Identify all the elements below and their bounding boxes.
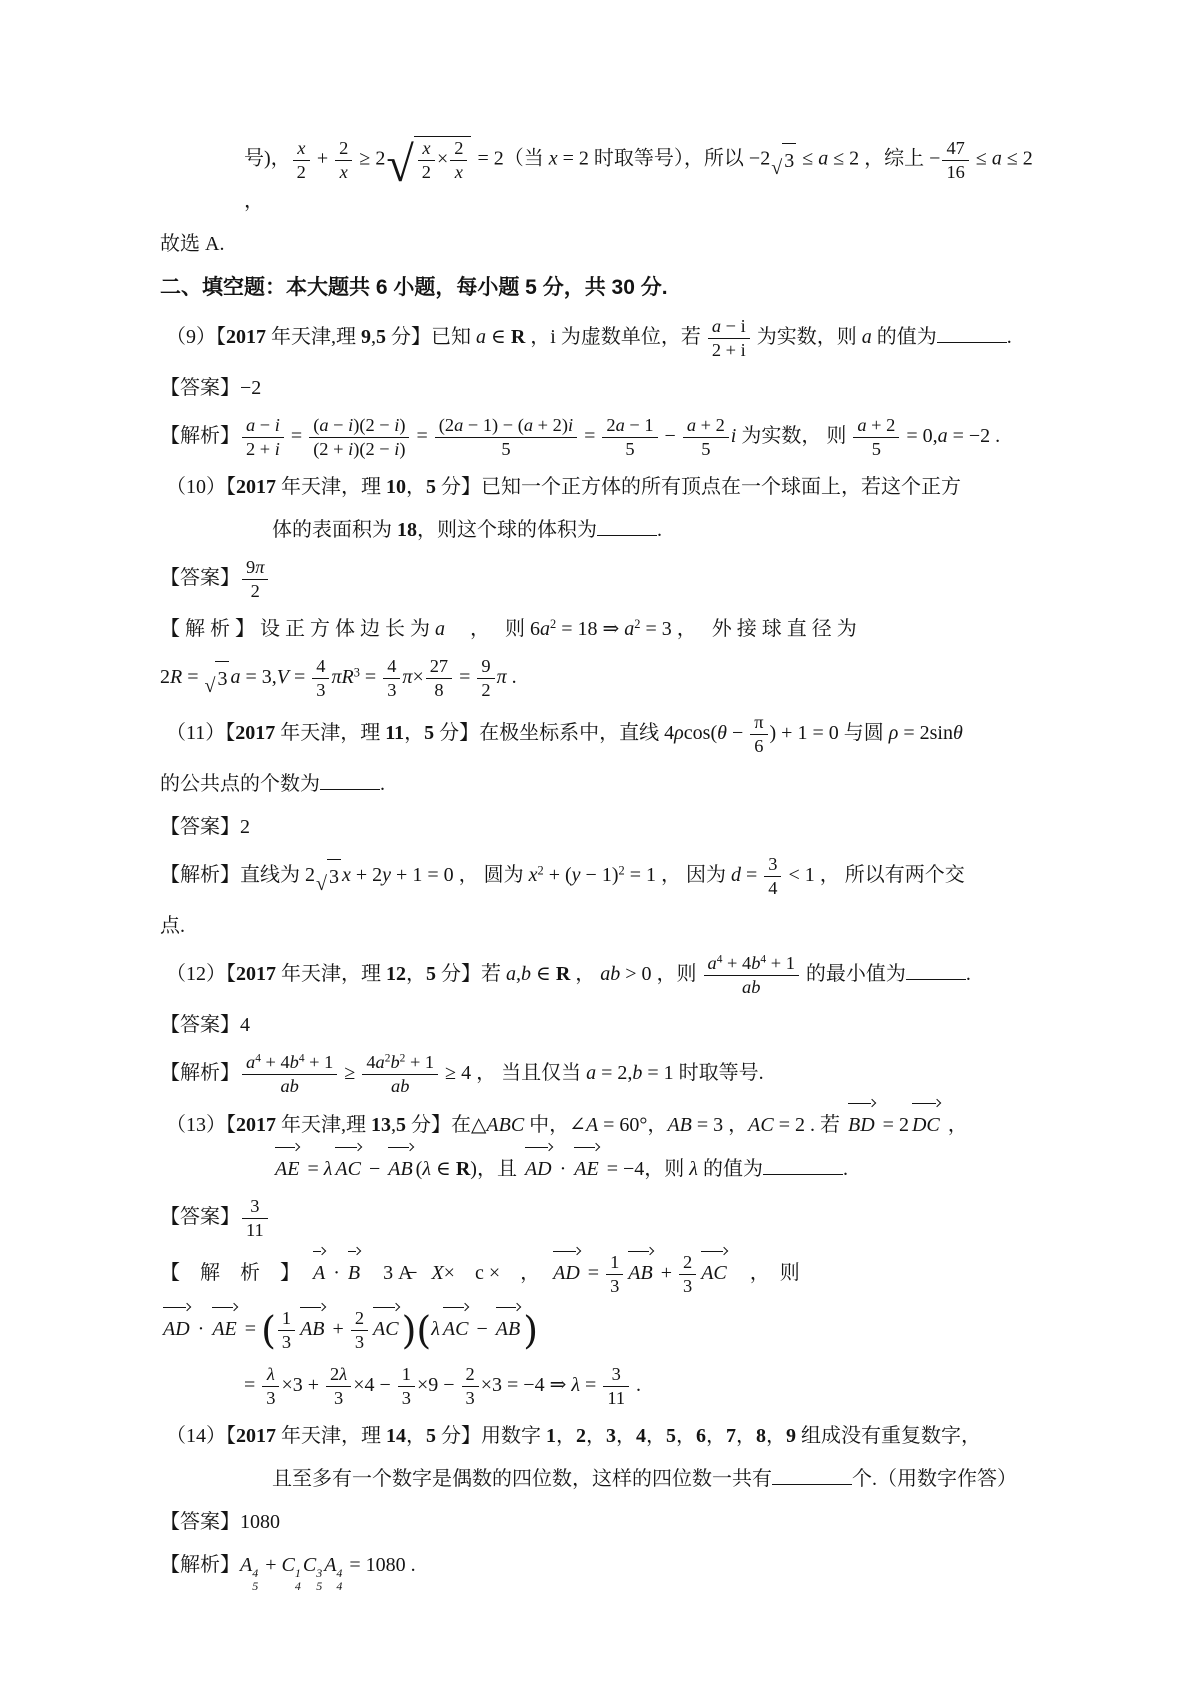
vector: AB bbox=[496, 1311, 520, 1346]
superscript: 2 bbox=[634, 617, 640, 631]
fraction: 43 bbox=[383, 655, 400, 702]
superscript: 4 bbox=[255, 1052, 261, 1064]
fraction: (a − i)(2 − i)(2 + i)(2 − i) bbox=[309, 414, 409, 461]
paragraph-line: （12）【2017 年天津，理 12，5 分】若 a,b ∈ R ， ab > … bbox=[166, 952, 1044, 999]
math-italic: λ bbox=[267, 1364, 275, 1384]
vector: AB bbox=[628, 1255, 652, 1290]
bold-text: 9 bbox=[361, 326, 371, 348]
bold-text: 2017 bbox=[236, 1425, 276, 1447]
vector: AC bbox=[335, 1151, 361, 1186]
bold-text: 5 bbox=[666, 1425, 676, 1447]
fraction: λ3 bbox=[262, 1363, 279, 1410]
math-italic: ρ bbox=[889, 722, 899, 744]
math-italic: d bbox=[731, 864, 741, 886]
math-italic: π bbox=[402, 666, 412, 688]
fraction: a + 25 bbox=[683, 414, 729, 461]
fraction: 13 bbox=[398, 1363, 415, 1410]
math-italic: R bbox=[170, 666, 182, 688]
math-italic: a bbox=[586, 1062, 596, 1084]
math-italic: ab bbox=[391, 1076, 409, 1096]
paragraph-line: （10）【2017 年天津，理 10，5 分】已知一个正方体的所有顶点在一个球面… bbox=[166, 470, 1044, 504]
fraction: 311 bbox=[242, 1195, 268, 1242]
vector: A bbox=[313, 1255, 325, 1290]
sub-sup: 44 bbox=[336, 1567, 342, 1595]
fraction: π6 bbox=[750, 711, 767, 758]
math-italic: x bbox=[422, 138, 430, 158]
vector: AC bbox=[443, 1311, 469, 1346]
paragraph-line: 【答案】9π2 bbox=[160, 556, 1044, 603]
math-italic: λ bbox=[431, 1318, 440, 1340]
paragraph-line: 【答案】311 bbox=[160, 1195, 1044, 1242]
math-italic: θ bbox=[953, 722, 963, 744]
math-italic: i bbox=[394, 415, 399, 435]
math-italic: λ bbox=[689, 1158, 698, 1180]
math-italic: y bbox=[382, 864, 391, 886]
bold-text: 11 bbox=[385, 722, 404, 744]
fraction: x2 bbox=[418, 137, 435, 184]
math-italic: π bbox=[255, 557, 264, 577]
vector: AB bbox=[388, 1151, 412, 1186]
math-italic: ab bbox=[280, 1076, 298, 1096]
superscript: 4 bbox=[760, 953, 766, 965]
paragraph-line: AE = λAC − AB(λ ∈ R)，且 AD · AE = −4，则 λ … bbox=[272, 1151, 1044, 1186]
math-italic: R bbox=[342, 666, 354, 688]
fraction: 4a2b2 + 1ab bbox=[362, 1051, 438, 1098]
paragraph-line: 【解析】a4 + 4b4 + 1ab ≥ 4a2b2 + 1ab ≥ 4 ， 当… bbox=[160, 1051, 1044, 1098]
sqrt: √x2×2x bbox=[386, 136, 471, 184]
sub-sup: 14 bbox=[295, 1567, 301, 1595]
math-italic: a bbox=[246, 415, 255, 435]
math-italic: θ bbox=[717, 722, 727, 744]
vector: AE bbox=[275, 1151, 299, 1186]
vector: AD bbox=[525, 1151, 552, 1186]
blank-underline bbox=[320, 768, 380, 790]
math-italic: a bbox=[616, 415, 625, 435]
math-italic: a bbox=[454, 415, 463, 435]
paragraph-line: 【答案】4 bbox=[160, 1008, 1044, 1042]
fraction: 23 bbox=[462, 1363, 479, 1410]
fraction: 92 bbox=[477, 655, 494, 702]
bold-text: 9 bbox=[786, 1425, 796, 1447]
paragraph-line: 【答案】1080 bbox=[160, 1505, 1044, 1539]
math-italic: a bbox=[708, 953, 717, 973]
math-italic: a bbox=[506, 963, 516, 985]
bold-text: 13 bbox=[371, 1114, 391, 1136]
document-page: 号)，x2 + 2x ≥ 2√x2×2x = 2（当 x = 2 时取等号），所… bbox=[0, 0, 1200, 1594]
math-italic: b bbox=[632, 1062, 642, 1084]
bold-text: 2017 bbox=[235, 722, 275, 744]
fraction: 2λ3 bbox=[326, 1363, 351, 1410]
bold-text: 5 bbox=[376, 326, 386, 348]
bold-text: 5 bbox=[396, 1114, 406, 1136]
bold-text: 10 bbox=[386, 476, 406, 498]
fraction: 311 bbox=[603, 1363, 629, 1410]
math-italic: λ bbox=[422, 1158, 431, 1180]
fraction: 23 bbox=[351, 1307, 368, 1354]
math-italic: a bbox=[246, 1052, 255, 1072]
math-italic: C bbox=[303, 1554, 316, 1576]
bold-text: 6 bbox=[696, 1425, 706, 1447]
paragraph-line: （14）【2017 年天津，理 14，5 分】用数字 1，2，3，4，5，6，7… bbox=[166, 1419, 1044, 1453]
math-italic: AC bbox=[748, 1114, 774, 1136]
bold-text: 12 bbox=[386, 963, 406, 985]
fraction: a − i2 + i bbox=[242, 414, 284, 461]
vector: AC bbox=[373, 1311, 399, 1346]
paragraph-line: 【 解 析 】 设 正 方 体 边 长 为 a ， 则 6a2 = 18 ⇒ a… bbox=[160, 612, 1044, 646]
fraction: (2a − 1) − (a + 2)i5 bbox=[435, 414, 577, 461]
bold-text: R bbox=[556, 963, 570, 985]
blank-underline bbox=[906, 958, 966, 980]
math-italic: i bbox=[348, 415, 353, 435]
math-italic: i bbox=[731, 425, 737, 447]
fraction: 9π2 bbox=[242, 556, 268, 603]
math-italic: i bbox=[568, 415, 573, 435]
math-italic: A bbox=[324, 1554, 336, 1576]
bold-text: 2 bbox=[576, 1425, 586, 1447]
math-italic: ABC bbox=[486, 1114, 524, 1136]
vector: AD bbox=[163, 1311, 190, 1346]
math-italic: a bbox=[857, 415, 866, 435]
big-paren: ( bbox=[261, 1308, 276, 1352]
math-italic: λ bbox=[339, 1364, 347, 1384]
math-italic: x bbox=[549, 148, 558, 170]
bold-text: 8 bbox=[756, 1425, 766, 1447]
bold-text: 3 bbox=[606, 1425, 616, 1447]
math-italic: a bbox=[435, 618, 445, 640]
big-paren: ) bbox=[402, 1308, 417, 1352]
superscript: 2 bbox=[400, 1052, 406, 1064]
bold-text: 4 bbox=[636, 1425, 646, 1447]
math-italic: x bbox=[342, 864, 351, 886]
math-italic: a bbox=[524, 415, 533, 435]
blank-underline bbox=[597, 514, 657, 536]
paragraph-line: 的公共点的个数为. bbox=[160, 767, 1044, 801]
paragraph-line: 【答案】2 bbox=[160, 810, 1044, 844]
fraction: 2a − 15 bbox=[602, 414, 657, 461]
bold-text: 5 bbox=[426, 1425, 436, 1447]
fraction: 43 bbox=[312, 655, 329, 702]
vector: AE bbox=[574, 1151, 598, 1186]
math-italic: a bbox=[476, 326, 486, 348]
math-italic: ρ bbox=[674, 722, 684, 744]
math-italic: y bbox=[572, 864, 581, 886]
math-italic: a bbox=[992, 148, 1002, 170]
fraction: 34 bbox=[764, 853, 781, 900]
paragraph-line: 【解析】a − i2 + i = (a − i)(2 − i)(2 + i)(2… bbox=[160, 414, 1044, 461]
math-italic: AB bbox=[667, 1114, 691, 1136]
paragraph-line: 二、填空题：本大题共 6 小题，每小题 5 分，共 30 分. bbox=[160, 270, 1044, 306]
paragraph-line: 【解析】直线为 2√3x + 2y + 1 = 0 ， 圆为 x2 + (y −… bbox=[160, 853, 1044, 900]
bold-text: 7 bbox=[726, 1425, 736, 1447]
bold-text: 2017 bbox=[236, 963, 276, 985]
bold-text: R bbox=[511, 326, 525, 348]
paragraph-line: 体的表面积为 18，则这个球的体积为. bbox=[272, 513, 1044, 547]
math-italic: A bbox=[586, 1114, 598, 1136]
paragraph-line: 点. bbox=[160, 909, 1044, 943]
math-italic: a bbox=[712, 316, 721, 336]
math-italic: x bbox=[529, 864, 538, 886]
paragraph-line: 【解析】A45 + C14C35A44 = 1080 . bbox=[160, 1548, 1044, 1595]
math-italic: b bbox=[521, 963, 531, 985]
paragraph-line: （9）【2017 年天津,理 9,5 分】已知 a ∈ R ，i 为虚数单位，若… bbox=[166, 315, 1044, 362]
bold-text: 5 bbox=[424, 722, 434, 744]
vector: B bbox=[348, 1255, 360, 1290]
math-italic: x bbox=[455, 162, 463, 182]
math-italic: V bbox=[277, 666, 289, 688]
paragraph-line: 且至多有一个数字是偶数的四位数，这样的四位数一共有个.（用数字作答） bbox=[272, 1462, 1044, 1496]
fraction: 4716 bbox=[942, 137, 968, 184]
bold-text: 5 bbox=[426, 476, 436, 498]
math-italic: b bbox=[390, 1052, 399, 1072]
blank-underline bbox=[763, 1153, 843, 1175]
paragraph-line: 2R = √3a = 3,V = 43πR3 = 43π×278 = 92π . bbox=[160, 655, 1044, 702]
math-italic: C bbox=[282, 1554, 295, 1576]
superscript: 2 bbox=[619, 863, 625, 877]
vector: BD bbox=[848, 1107, 875, 1142]
math-italic: ab bbox=[600, 963, 620, 985]
superscript: 2 bbox=[550, 617, 556, 631]
math-italic: x bbox=[340, 162, 348, 182]
sub-sup: 45 bbox=[252, 1567, 258, 1595]
paragraph-line: = λ3×3 + 2λ3×4 − 13×9 − 23×3 = −4 ⇒ λ = … bbox=[244, 1363, 1044, 1410]
vector: AE bbox=[212, 1311, 236, 1346]
math-italic: b bbox=[290, 1052, 299, 1072]
bold-text: 5 bbox=[426, 963, 436, 985]
paragraph-line: （11）【2017 年天津，理 11，5 分】在极坐标系中，直线 4ρcos(θ… bbox=[166, 711, 1044, 758]
fraction: a − i2 + i bbox=[708, 315, 750, 362]
bold-text: 18 bbox=[397, 519, 417, 541]
blank-underline bbox=[937, 321, 1007, 343]
math-italic: a bbox=[319, 415, 328, 435]
math-italic: a bbox=[540, 618, 550, 640]
math-italic: π bbox=[331, 666, 341, 688]
bold-text: R bbox=[456, 1158, 470, 1180]
vector: AC bbox=[701, 1255, 727, 1290]
paragraph-line: 故选 A. bbox=[160, 227, 1044, 261]
paragraph-line: （13）【2017 年天津,理 13,5 分】在△ABC 中，∠A = 60°，… bbox=[166, 1107, 1044, 1142]
bold-text: 2017 bbox=[236, 476, 276, 498]
superscript: 2 bbox=[538, 863, 544, 877]
sqrt: √3 bbox=[771, 143, 796, 178]
fraction: a4 + 4b4 + 1ab bbox=[704, 952, 799, 999]
fraction: x2 bbox=[293, 137, 310, 184]
bold-text: 2017 bbox=[226, 326, 266, 348]
fraction: a4 + 4b4 + 1ab bbox=[242, 1051, 337, 1098]
sub-sup: 35 bbox=[316, 1567, 322, 1595]
bold-text: 14 bbox=[386, 1425, 406, 1447]
math-italic: i bbox=[275, 439, 280, 459]
fraction: 13 bbox=[278, 1307, 295, 1354]
vector: AB bbox=[300, 1311, 324, 1346]
math-italic: A bbox=[240, 1554, 252, 1576]
math-italic: λ bbox=[571, 1374, 580, 1396]
bold-text: 2017 bbox=[236, 1114, 276, 1136]
math-italic: λ bbox=[324, 1158, 333, 1180]
math-italic: a bbox=[687, 415, 696, 435]
paragraph-line: 【答案】−2 bbox=[160, 371, 1044, 405]
paragraph-line: AD · AE = (13AB + 23AC)(λAC − AB) bbox=[160, 1307, 1044, 1354]
math-italic: a bbox=[376, 1052, 385, 1072]
bold-text: 1 bbox=[546, 1425, 556, 1447]
math-italic: a bbox=[230, 666, 240, 688]
math-italic: π bbox=[497, 666, 507, 688]
math-italic: a bbox=[818, 148, 828, 170]
math-italic: X bbox=[431, 1262, 443, 1284]
superscript: 4 bbox=[299, 1052, 305, 1064]
big-paren: ) bbox=[523, 1308, 538, 1352]
math-italic: a bbox=[862, 326, 872, 348]
math-italic: i bbox=[348, 439, 353, 459]
fraction: 2x bbox=[335, 137, 352, 184]
fraction: a + 25 bbox=[853, 414, 899, 461]
superscript: 4 bbox=[717, 953, 723, 965]
vector: DC bbox=[912, 1107, 940, 1142]
sqrt: √3 bbox=[316, 859, 341, 894]
sqrt: √3 bbox=[205, 661, 230, 696]
big-paren: ( bbox=[416, 1308, 431, 1352]
blank-underline bbox=[772, 1463, 852, 1485]
fraction: 2x bbox=[450, 137, 467, 184]
fraction: 13 bbox=[606, 1251, 623, 1298]
math-italic: x bbox=[297, 138, 305, 158]
math-italic: ab bbox=[742, 977, 760, 997]
math-italic: a bbox=[938, 425, 948, 447]
vector: AD bbox=[553, 1255, 580, 1290]
superscript: 3 bbox=[354, 665, 360, 679]
math-italic: i bbox=[275, 415, 280, 435]
math-italic: a bbox=[624, 618, 634, 640]
fraction: 23 bbox=[679, 1251, 696, 1298]
paragraph-line: 号)，x2 + 2x ≥ 2√x2×2x = 2（当 x = 2 时取等号），所… bbox=[244, 136, 1044, 218]
paragraph-line: 【 解 析 】 A · B 3 A̶ X× c × ， AD = 13AB + … bbox=[160, 1251, 1044, 1298]
math-italic: i bbox=[394, 439, 399, 459]
fraction: 278 bbox=[426, 655, 452, 702]
document-body: 号)，x2 + 2x ≥ 2√x2×2x = 2（当 x = 2 时取等号），所… bbox=[160, 136, 1044, 1594]
